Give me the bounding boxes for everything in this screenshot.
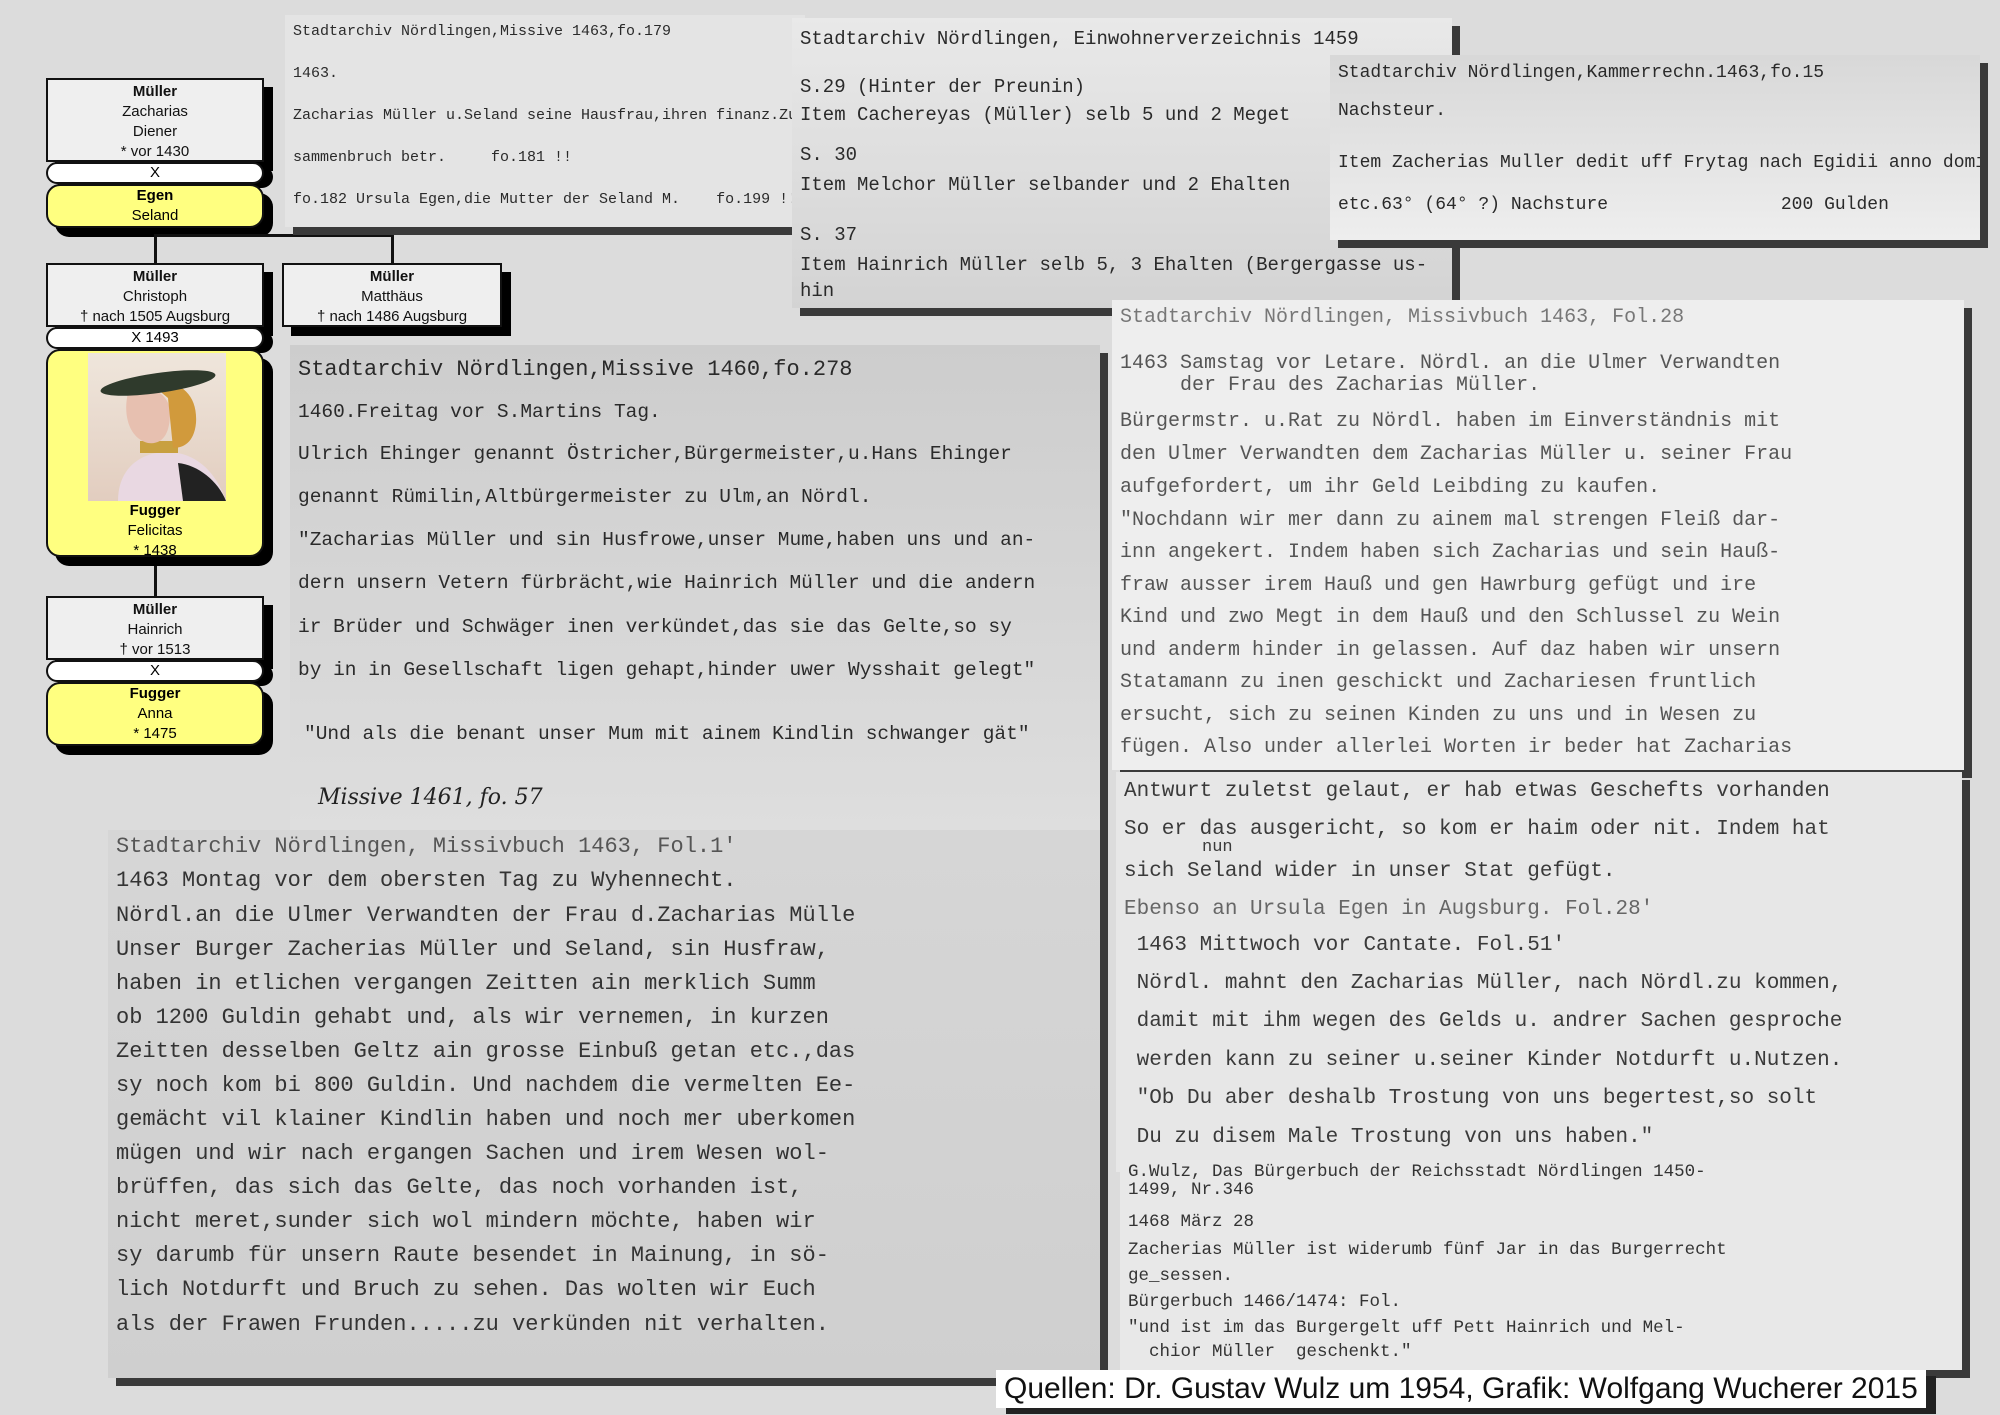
surname: Fugger — [48, 684, 262, 704]
doc-line: ob 1200 Guldin gehabt und, als wir verne… — [116, 1005, 829, 1030]
doc-line: Statamann zu inen geschickt und Zacharie… — [1120, 671, 1756, 694]
doc-source: Stadtarchiv Nördlingen, Missivbuch 1463,… — [1120, 306, 1684, 329]
doc-line: 1463. — [293, 65, 338, 82]
doc-line: etc.63° (64° ?) Nachsture 200 Gulden — [1338, 195, 1889, 215]
doc-line: Item Melchor Müller selbander und 2 Ehal… — [800, 174, 1290, 196]
doc-source: G.Wulz, Das Bürgerbuch der Reichsstadt N… — [1128, 1162, 1706, 1182]
doc-line: fo.182 Ursula Egen,die Mutter der Seland… — [293, 191, 797, 208]
doc-line: 1463 Samstag vor Letare. Nördl. an die U… — [1120, 352, 1780, 375]
doc-line: dern unsern Vetern fürbrächt,wie Hainric… — [298, 572, 1035, 594]
doc-line: 1468 März 28 — [1128, 1212, 1254, 1232]
doc-line: "Und als die benant unser Mum mit ainem … — [304, 723, 1030, 745]
doc-line: genannt Rümilin,Altbürgermeister zu Ulm,… — [298, 486, 871, 508]
person-anna-fugger[interactable]: Fugger Anna * 1475 — [46, 682, 264, 746]
doc-line: 1463 Mittwoch vor Cantate. Fol.51' — [1124, 934, 1565, 957]
doc-line: damit mit ihm wegen des Gelds u. andrer … — [1124, 1010, 1842, 1033]
doc-line: S. 30 — [800, 144, 857, 166]
doc-line: chior Müller geschenkt." — [1128, 1342, 1412, 1362]
doc-line: lich Notdurft und Bruch zu sehen. Das wo… — [116, 1277, 816, 1302]
doc-line: Kind und zwo Megt in dem Hauß und den Sc… — [1120, 606, 1780, 629]
doc-line: Ulrich Ehinger genannt Östricher,Bürgerm… — [298, 443, 1012, 465]
doc-line: Bürgermstr. u.Rat zu Nördl. haben im Ein… — [1120, 410, 1780, 433]
doc-buergerbuch: G.Wulz, Das Bürgerbuch der Reichsstadt N… — [1120, 1160, 1962, 1370]
doc-line: mügen und wir nach ergangen Sachen und i… — [116, 1141, 829, 1166]
tree-connector — [154, 234, 394, 237]
person-seland-egen[interactable]: Egen Seland — [46, 184, 264, 228]
doc-missivbuch-1463-continued: Antwurt zuletst gelaut, er hab etwas Ges… — [1116, 772, 1962, 1172]
given-name: Anna — [48, 704, 262, 724]
doc-line: Antwurt zuletst gelaut, er hab etwas Ges… — [1124, 780, 1830, 803]
doc-line: "Nochdann wir mer dann zu ainem mal stre… — [1120, 509, 1780, 532]
doc-line: Zeitten desselben Geltz ain grosse Einbu… — [116, 1039, 855, 1064]
person-matthaus-muller[interactable]: Müller Matthäus † nach 1486 Augsburg — [282, 263, 502, 327]
doc-line: ge_sessen. — [1128, 1266, 1233, 1286]
marriage-hainrich-anna: X — [46, 660, 264, 682]
doc-line: brüffen, das sich das Gelte, das noch vo… — [116, 1175, 803, 1200]
doc-line: 1463 Montag vor dem obersten Tag zu Wyhe… — [116, 868, 737, 893]
occupation: Diener — [48, 122, 262, 142]
doc-line: S. 37 — [800, 224, 857, 246]
doc-line: "Ob Du aber deshalb Trostung von uns beg… — [1124, 1087, 1817, 1110]
doc-source: Stadtarchiv Nördlingen, Missivbuch 1463,… — [116, 834, 737, 859]
doc-kammerrechnung-1463: Stadtarchiv Nördlingen,Kammerrechn.1463,… — [1330, 55, 1980, 240]
tree-connector — [154, 236, 157, 264]
doc-line: nicht meret,sunder sich wol mindern möch… — [116, 1209, 816, 1234]
doc-line: Item Cachereyas (Müller) selb 5 und 2 Me… — [800, 104, 1290, 126]
handwritten-note: Missive 1461, fo. 57 — [318, 785, 543, 810]
doc-line: als der Frawen Frunden.....zu verkünden … — [116, 1312, 829, 1337]
person-felicitas-fugger[interactable]: Fugger Felicitas * 1438 — [46, 349, 264, 557]
doc-line: Ebenso an Ursula Egen in Augsburg. Fol.2… — [1124, 898, 1653, 921]
doc-missivbuch-1463-fol1: Stadtarchiv Nördlingen, Missivbuch 1463,… — [108, 830, 1100, 1378]
person-hainrich-muller[interactable]: Müller Hainrich † vor 1513 — [46, 596, 264, 660]
doc-line: fraw ausser irem Hauß und gen Hawrburg g… — [1120, 574, 1756, 597]
doc-line: Bürgerbuch 1466/1474: Fol. — [1128, 1292, 1401, 1312]
doc-line: Nördl. mahnt den Zacharias Müller, nach … — [1124, 972, 1842, 995]
death: † nach 1486 Augsburg — [284, 307, 500, 327]
doc-line: den Ulmer Verwandten dem Zacharias Mülle… — [1120, 443, 1792, 466]
doc-line: by in in Gesellschaft ligen gehapt,hinde… — [298, 659, 1035, 681]
doc-line: sammenbruch betr. fo.181 !! — [293, 149, 572, 166]
surname: Egen — [48, 186, 262, 206]
doc-missive-1463-179: Stadtarchiv Nördlingen,Missive 1463,fo.1… — [285, 15, 805, 227]
doc-source-line2: 1499, Nr.346 — [1128, 1180, 1254, 1200]
credits-footer: Quellen: Dr. Gustav Wulz um 1954, Grafik… — [996, 1370, 1926, 1408]
doc-missive-1460-278: Stadtarchiv Nördlingen,Missive 1460,fo.2… — [290, 345, 1100, 835]
given-name: Zacharias — [48, 102, 262, 122]
marriage-christoph-felicitas: X 1493 — [46, 327, 264, 349]
doc-line: Zacherias Müller ist widerumb fünf Jar i… — [1128, 1240, 1727, 1260]
doc-source: Stadtarchiv Nördlingen,Missive 1460,fo.2… — [298, 357, 853, 382]
birth: * vor 1430 — [48, 142, 262, 162]
death: † nach 1505 Augsburg — [48, 307, 262, 327]
doc-line: Nachsteur. — [1338, 101, 1446, 121]
given-name: Hainrich — [48, 620, 262, 640]
surname: Fugger — [48, 501, 262, 521]
doc-line: Item Zacherias Muller dedit uff Frytag n… — [1338, 153, 1980, 173]
tree-connector — [154, 566, 157, 598]
tree-connector — [391, 234, 394, 264]
surname: Müller — [48, 600, 262, 620]
doc-line: sy darumb für unsern Raute besendet in M… — [116, 1243, 829, 1268]
doc-line: Item Hainrich Müller selb 5, 3 Ehalten (… — [800, 254, 1427, 276]
doc-line: Unser Burger Zacherias Müller und Seland… — [116, 937, 829, 962]
doc-line: inn angekert. Indem haben sich Zacharias… — [1120, 541, 1780, 564]
doc-line: "und ist im das Burgergelt uff Pett Hain… — [1128, 1318, 1685, 1338]
given-name: Matthäus — [284, 287, 500, 307]
doc-source: Stadtarchiv Nördlingen,Kammerrechn.1463,… — [1338, 63, 1824, 83]
surname: Müller — [48, 267, 262, 287]
doc-line: "Zacharias Müller und sin Husfrowe,unser… — [298, 529, 1035, 551]
surname: Müller — [48, 82, 262, 102]
doc-line: aufgefordert, um ihr Geld Leibding zu ka… — [1120, 476, 1660, 499]
doc-line: Zacharias Müller u.Seland seine Hausfrau… — [293, 107, 805, 124]
doc-line: 1460.Freitag vor S.Martins Tag. — [298, 401, 661, 423]
death: † vor 1513 — [48, 640, 262, 660]
doc-line: Nördl.an die Ulmer Verwandten der Frau d… — [116, 903, 855, 928]
doc-line: ersucht, sich zu seinen Kinden zu uns un… — [1120, 704, 1756, 727]
doc-line: Du zu disem Male Trostung von uns haben.… — [1124, 1126, 1653, 1149]
doc-line: haben in etlichen vergangen Zeitten ain … — [116, 971, 816, 996]
doc-line: sich Seland wider in unser Stat gefügt. — [1124, 860, 1615, 883]
birth: * 1438 — [48, 541, 262, 561]
doc-line: werden kann zu seiner u.seiner Kinder No… — [1124, 1049, 1842, 1072]
doc-line: ir Brüder und Schwäger inen verkündet,da… — [298, 616, 1012, 638]
given-name: Christoph — [48, 287, 262, 307]
portrait-woman-icon — [88, 353, 226, 501]
doc-line: gemächt vil klainer Kindlin haben und no… — [116, 1107, 855, 1132]
marriage-zacharias-seland: X — [46, 162, 264, 184]
doc-line: sy noch kom bi 800 Guldin. Und nachdem d… — [116, 1073, 855, 1098]
given-name: Seland — [48, 206, 262, 226]
surname: Müller — [284, 267, 500, 287]
person-zacharias-muller[interactable]: Müller Zacharias Diener * vor 1430 — [46, 78, 264, 162]
portrait-image — [88, 353, 226, 501]
person-christoph-muller[interactable]: Müller Christoph † nach 1505 Augsburg — [46, 263, 264, 327]
doc-line: fügen. Also under allerlei Worten ir bed… — [1120, 736, 1792, 759]
doc-line: hin — [800, 280, 834, 302]
given-name: Felicitas — [48, 521, 262, 541]
doc-missivbuch-1463-fol28: Stadtarchiv Nördlingen, Missivbuch 1463,… — [1112, 300, 1964, 770]
doc-source: Stadtarchiv Nördlingen, Einwohnerverzeic… — [800, 28, 1359, 50]
doc-line: der Frau des Zacharias Müller. — [1120, 374, 1540, 397]
doc-insertion: nun — [1202, 838, 1233, 857]
doc-line: und anderm hinder in gelassen. Auf daz h… — [1120, 639, 1780, 662]
doc-line: S.29 (Hinter der Preunin) — [800, 76, 1085, 98]
birth: * 1475 — [48, 724, 262, 744]
doc-source: Stadtarchiv Nördlingen,Missive 1463,fo.1… — [293, 23, 671, 40]
